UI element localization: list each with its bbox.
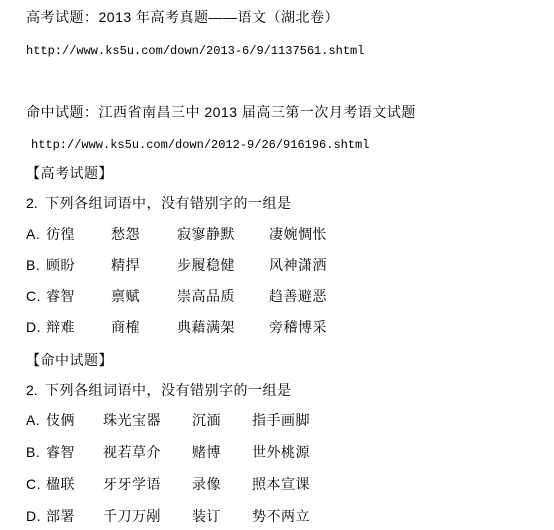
option-letter: B. — [26, 257, 40, 273]
option-word: 势不两立 — [252, 508, 310, 524]
option-letter: B. — [26, 444, 40, 460]
mingzhong-option-b: B. 睿智 视若草介 赌博 世外桃源 — [0, 444, 554, 460]
option-word: 崇高品质 — [177, 288, 235, 304]
option-word: 精捍 — [111, 257, 140, 273]
hit-source-url: http://www.ks5u.com/down/2012-9/26/91619… — [31, 137, 369, 153]
gaokao-option-b: B. 顾盼 精捍 步履稳健 风神潇洒 — [0, 257, 554, 273]
mingzhong-option-c: C. 楹联 牙牙学语 录像 照本宣课 — [0, 476, 554, 492]
gaokao-option-a: A. 彷徨 愁怨 寂寥静默 凄婉惆怅 — [0, 226, 554, 242]
option-word: 旁稽博采 — [269, 319, 327, 335]
option-word: 千刀万剐 — [103, 508, 161, 524]
question-text: 下列各组词语中，没有错别字的一组是 — [45, 382, 292, 398]
option-word: 步履稳健 — [177, 257, 235, 273]
option-word: 辩难 — [46, 319, 75, 335]
option-word: 睿智 — [46, 288, 75, 304]
question-text: 下列各组词语中，没有错别字的一组是 — [45, 195, 292, 211]
mingzhong-section-heading: 【命中试题】 — [26, 352, 113, 368]
option-letter: C. — [26, 476, 41, 492]
option-letter: D. — [26, 508, 41, 524]
option-word: 风神潇洒 — [269, 257, 327, 273]
gaokao-option-d: D. 辩难 商榷 典藉满架 旁稽博采 — [0, 319, 554, 335]
option-word: 顾盼 — [46, 257, 75, 273]
option-word: 装订 — [192, 508, 221, 524]
option-word: 愁怨 — [111, 226, 140, 242]
question-number: 2. — [26, 382, 38, 398]
option-word: 牙牙学语 — [103, 476, 161, 492]
mingzhong-option-d: D. 部署 千刀万剐 装订 势不两立 — [0, 508, 554, 524]
option-word: 睿智 — [46, 444, 75, 460]
document-page: 高考试题：2013 年高考真题——语文（湖北卷） http://www.ks5u… — [0, 0, 554, 530]
option-word: 彷徨 — [46, 226, 75, 242]
gaokao-source-url: http://www.ks5u.com/down/2013-6/9/113756… — [26, 43, 364, 59]
option-word: 凄婉惆怅 — [269, 226, 327, 242]
option-word: 趋善避恶 — [269, 288, 327, 304]
option-word: 寂寥静默 — [177, 226, 235, 242]
gaokao-section-heading: 【高考试题】 — [26, 165, 113, 181]
hit-source-title: 命中试题：江西省南昌三中 2013 届高三第一次月考语文试题 — [26, 104, 416, 120]
option-letter: A. — [26, 226, 40, 242]
option-word: 楹联 — [46, 476, 75, 492]
mingzhong-option-a: A. 伎俩 珠光宝器 沉湎 指手画脚 — [0, 412, 554, 428]
option-word: 珠光宝器 — [103, 412, 161, 428]
option-word: 商榷 — [111, 319, 140, 335]
question-number: 2. — [26, 195, 38, 211]
option-word: 录像 — [192, 476, 221, 492]
option-word: 伎俩 — [46, 412, 75, 428]
option-word: 部署 — [46, 508, 75, 524]
option-word: 世外桃源 — [252, 444, 310, 460]
option-word: 沉湎 — [192, 412, 221, 428]
gaokao-question-line: 2. 下列各组词语中，没有错别字的一组是 — [0, 195, 554, 211]
option-word: 禀赋 — [111, 288, 140, 304]
option-letter: D. — [26, 319, 41, 335]
option-letter: A. — [26, 412, 40, 428]
option-word: 赌博 — [192, 444, 221, 460]
gaokao-source-title: 高考试题：2013 年高考真题——语文（湖北卷） — [26, 9, 339, 25]
option-word: 视若草介 — [103, 444, 161, 460]
option-letter: C. — [26, 288, 41, 304]
gaokao-option-c: C. 睿智 禀赋 崇高品质 趋善避恶 — [0, 288, 554, 304]
mingzhong-question-line: 2. 下列各组词语中，没有错别字的一组是 — [0, 382, 554, 398]
option-word: 照本宣课 — [252, 476, 310, 492]
option-word: 典藉满架 — [177, 319, 235, 335]
option-word: 指手画脚 — [252, 412, 310, 428]
